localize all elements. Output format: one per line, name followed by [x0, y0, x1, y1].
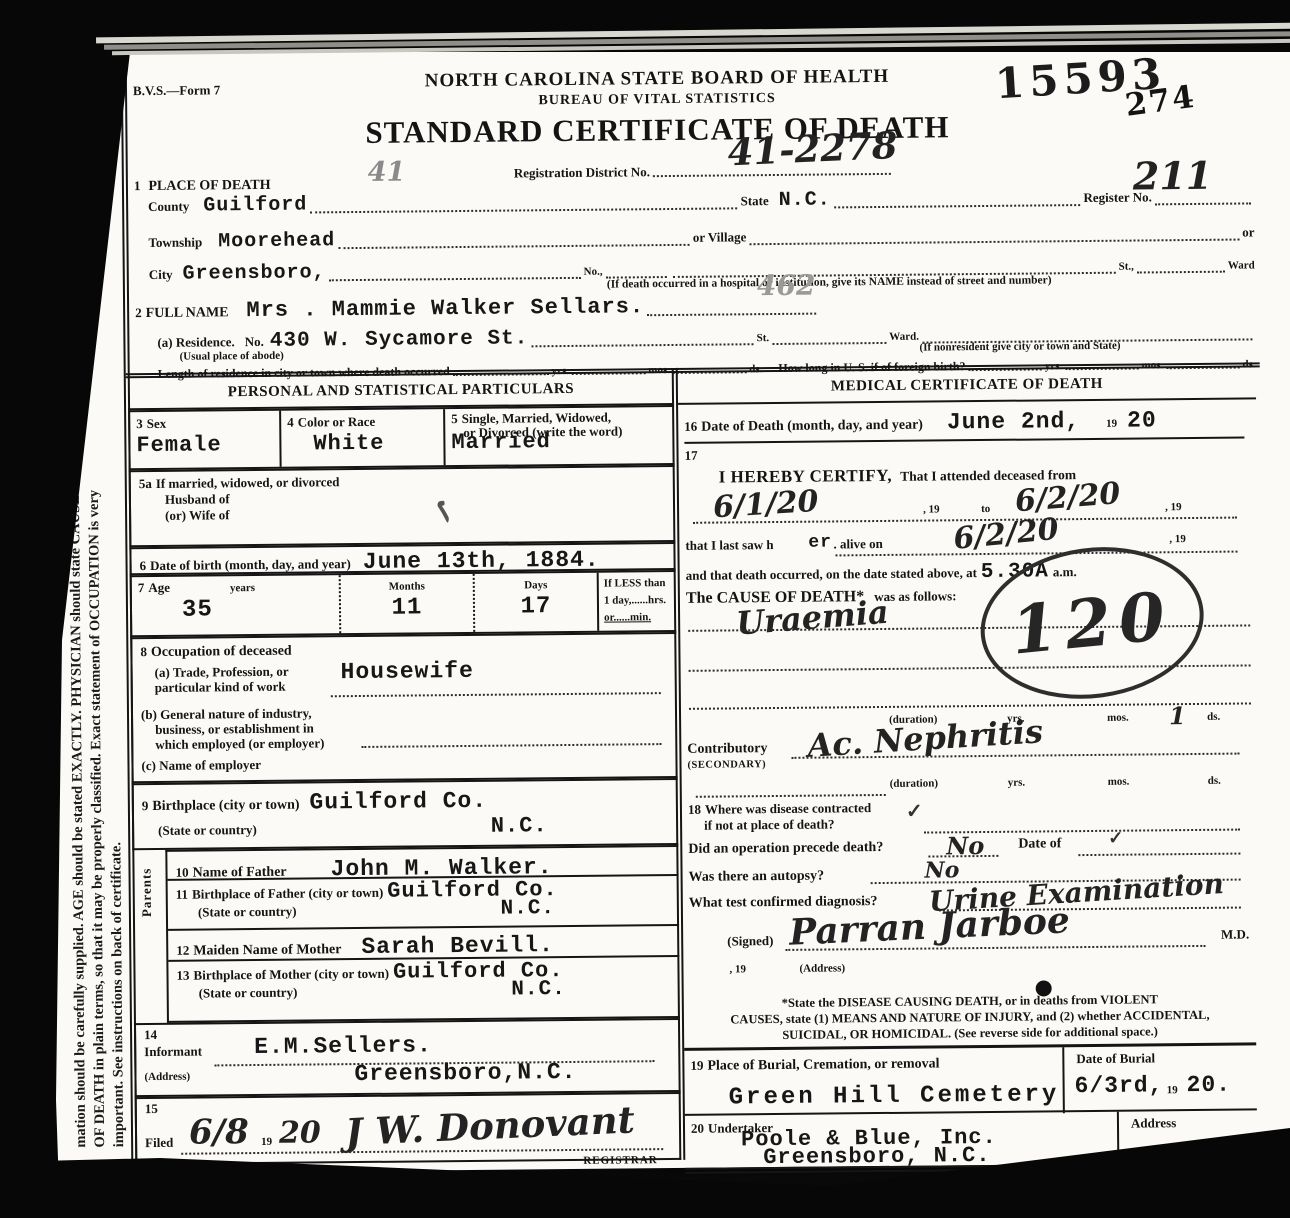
item-number: 4 — [287, 415, 294, 430]
less-label2: 1 day,......hrs. — [604, 594, 666, 607]
date-of-death-value: June 2nd, — [947, 408, 1080, 435]
item-number: 18 — [688, 802, 701, 817]
medical-column: MEDICAL CERTIFICATE OF DEATH 16 Date of … — [678, 366, 1264, 1160]
item-number: 7 — [138, 580, 145, 595]
sex-race-marital-row: 3 Sex Female 4 Color or Race White 5 Sin… — [128, 405, 675, 470]
occupation-value: Housewife — [341, 664, 474, 680]
parents-group: 10 Name of Father John M. Walker. 11 Bir… — [165, 845, 680, 1023]
county-label: County — [148, 199, 189, 215]
leader-line — [696, 794, 886, 798]
informant-box: 14 Informant E.M.Sellers. (Address) Gree… — [134, 1018, 681, 1097]
mother-birthplace-row: 13 Birthplace of Mother (city or town) G… — [168, 955, 679, 1008]
married-to-label: If married, widowed, or divorced — [156, 474, 340, 491]
burial-row: 19 Place of Burial, Cremation, or remova… — [684, 1042, 1257, 1116]
item-number: 12 — [176, 943, 189, 958]
abode-note: (Usual place of abode) — [180, 350, 284, 363]
operation-date-label: Date of — [1018, 836, 1061, 852]
mother-birthplace-label: Birthplace of Mother (city or town) — [193, 966, 389, 983]
year-19: , 19 — [923, 503, 940, 515]
autopsy-value: No — [924, 857, 959, 883]
full-name-label: FULL NAME — [146, 305, 229, 322]
township-value: Moorehead — [218, 229, 335, 253]
age-row: 7 Age years 35 Months 11 Days 17 If LESS… — [130, 570, 677, 637]
age-months-box: Months 11 — [339, 574, 474, 633]
to-label: to — [981, 503, 990, 515]
less-than-day-box: If LESS than 1 day,......hrs. or......mi… — [597, 572, 677, 631]
signed-label: (Signed) — [727, 933, 773, 949]
form-number: B.V.S.—Form 7 — [133, 82, 220, 99]
residence-st-label: St. — [757, 332, 770, 344]
full-name-value: Mrs . Mammie Walker Sellars. — [246, 294, 644, 323]
less-label: If LESS than — [604, 577, 666, 590]
father-birthplace-label: Birthplace of Father (city or town) — [192, 885, 383, 902]
occupation-label: Occupation of deceased — [151, 644, 292, 660]
state-country-label: (State or country) — [198, 904, 297, 920]
item-number: 17 — [684, 448, 697, 464]
trade-label1: (a) Trade, Profession, or — [155, 664, 289, 680]
occurred-label: and that death occurred, on the date sta… — [686, 565, 977, 583]
occupation-box: 8 Occupation of deceased (a) Trade, Prof… — [130, 632, 677, 783]
alive-on-label: . alive on — [833, 536, 883, 552]
date-of-death-row: 16 Date of Death (month, day, and year) … — [684, 406, 1244, 443]
duration-row-2: (duration) yrs. mos. ds. — [688, 774, 1248, 799]
informant-address-value: Greensboro,N.C. — [354, 1059, 576, 1087]
years-label: years — [230, 582, 255, 594]
married-to-box: 5a If married, widowed, or divorced Husb… — [129, 465, 676, 547]
cell-divider — [1062, 1047, 1065, 1113]
address-label: (Address) — [799, 962, 845, 974]
item-number: 5 — [451, 411, 458, 426]
year-19: , 19 — [1165, 501, 1182, 513]
age-years-box: 7 Age years 35 — [132, 575, 340, 635]
disease-contracted-label1: Where was disease contracted — [705, 800, 871, 817]
leader-line — [749, 237, 1239, 246]
leader-line — [531, 341, 753, 347]
street-no-label: No., — [584, 266, 603, 278]
nonresident-note: (If nonresident give city or town and St… — [919, 340, 1120, 354]
state-country-label: (State or country) — [199, 985, 298, 1001]
signed-row: (Signed) Parran Jarboe M.D. — [689, 918, 1249, 959]
footnote: *State the DISEASE CAUSING DEATH, or in … — [688, 990, 1252, 1043]
registration-row: Registration District No. — [126, 158, 1254, 185]
item-number: 3 — [136, 416, 143, 431]
cause-code-value: 120 — [1008, 576, 1177, 669]
item-number: 1 — [134, 178, 141, 193]
place-of-death-label: PLACE OF DEATH — [148, 178, 270, 194]
city-value: Greensboro, — [183, 261, 326, 285]
employer-label: (c) Name of employer — [141, 753, 669, 774]
ds-label: ds. — [1208, 775, 1221, 787]
leader-line — [647, 311, 816, 317]
birthplace-label: Birthplace (city or town) — [152, 798, 299, 814]
registration-district-label: Registration District No. — [514, 164, 650, 181]
ward-label: Ward — [1228, 259, 1255, 271]
leader-line — [1137, 269, 1225, 274]
husband-of-label: Husband of — [165, 491, 230, 507]
year-19: , 19 — [729, 963, 746, 975]
item-number: 13 — [176, 968, 189, 983]
industry-label3: which employed (or employer) — [155, 735, 324, 752]
filed-year: 20 — [279, 1115, 321, 1150]
item-number: 9 — [142, 798, 149, 813]
leader-line — [1078, 853, 1240, 857]
birthplace-box: 9 Birthplace (city or town) Guilford Co.… — [132, 778, 679, 850]
duration-label: (duration) — [890, 777, 938, 789]
burial-year: 20. — [1186, 1072, 1231, 1098]
residence-no-label: No. — [245, 334, 264, 350]
race-label: Color or Race — [298, 414, 376, 430]
age-months-value: 11 — [391, 594, 422, 621]
place-of-death-heading: 1 PLACE OF DEATH — [134, 176, 271, 195]
medical-section-title: MEDICAL CERTIFICATE OF DEATH — [678, 374, 1256, 397]
mother-name-label: Maiden Name of Mother — [193, 942, 341, 958]
leader-line — [1155, 200, 1251, 205]
ds-label: ds. — [1207, 711, 1220, 723]
age-days-value: 17 — [520, 593, 551, 620]
race-value: White — [313, 431, 384, 457]
state-label: State — [741, 193, 769, 209]
burial-place-value: Green Hill Cemetery — [729, 1081, 1060, 1111]
father-name-label: Name of Father — [192, 865, 286, 881]
date-of-death-year: 20 — [1127, 407, 1157, 433]
mother-name-value: Sarah Bevill. — [361, 932, 554, 960]
mother-birthplace-state: N.C. — [511, 978, 566, 1002]
industry-label2: business, or establishment in — [155, 720, 314, 737]
leader-line — [772, 340, 886, 345]
contributory-label: Contributory — [687, 741, 767, 758]
days-label: Days — [524, 579, 547, 591]
registration-district-value: 41-2278 — [727, 123, 899, 175]
trade-label2: particular kind of work — [155, 679, 286, 695]
birthplace-state-value: N.C. — [491, 813, 548, 839]
sex-box: 3 Sex Female — [130, 411, 280, 468]
last-saw-label: that I last saw h — [685, 537, 773, 554]
attended-to-date: 6/2/20 — [1014, 476, 1122, 519]
age-label: Age — [148, 580, 170, 595]
residence-ward-label: Ward. — [889, 331, 919, 343]
age-days-box: Days 17 — [473, 573, 598, 632]
secondary-label: (SECONDARY) — [687, 759, 766, 771]
wife-of-label: (or) Wife of — [165, 507, 230, 523]
item-number: 6 — [140, 558, 147, 573]
personal-section-title: PERSONAL AND STATISTICAL PARTICULARS — [128, 380, 674, 402]
city-label: City — [149, 267, 173, 283]
state-country-label: (State or country) — [158, 822, 257, 838]
residence-label: (a) Residence. — [157, 334, 234, 351]
year-prefix: 19 — [1167, 1084, 1178, 1096]
autopsy-label: Was there an autopsy? — [689, 869, 825, 885]
burial-label: Place of Burial, Cremation, or removal — [707, 1056, 939, 1073]
address-row: , 19 (Address) — [689, 958, 1249, 983]
md-label: M.D. — [1221, 926, 1249, 942]
date-of-burial-value: 6/3rd, — [1074, 1072, 1163, 1099]
dob-label: Date of birth (month, day, and year) — [150, 556, 351, 573]
leader-line — [310, 205, 737, 213]
informant-value: E.M.Sellers. — [254, 1032, 432, 1060]
residence-value: 430 W. Sycamore St. — [270, 327, 529, 352]
contributory-row: Contributory (SECONDARY) Ac. Nephritis — [687, 732, 1247, 775]
year-19: , 19 — [1169, 533, 1186, 545]
register-no-value: 211 — [1133, 153, 1213, 199]
operation-label: Did an operation precede death? — [688, 840, 883, 857]
page-number-stamp: 274 — [1123, 79, 1198, 124]
last-saw-row: that I last saw h er . alive on 6/2/20 ,… — [685, 522, 1245, 561]
handwritten-mark: ✓ — [906, 804, 923, 820]
leader-line — [836, 551, 1238, 557]
date-of-burial-label: Date of Burial — [1076, 1050, 1155, 1067]
informant-label: Informant — [144, 1044, 202, 1060]
mos-label: mos. — [1108, 776, 1130, 788]
sex-value: Female — [136, 432, 221, 458]
age-years-value: 35 — [182, 596, 213, 623]
race-box: 4 Color or Race White — [279, 409, 444, 467]
leader-line — [331, 692, 661, 697]
or-village-label: or Village — [693, 229, 747, 246]
full-name-row: 2 FULL NAME Mrs . Mammie Walker Sellars. — [135, 293, 819, 325]
county-code-pencil: 41 — [368, 157, 406, 188]
township-label: Township — [148, 234, 202, 251]
her-typed: er — [808, 532, 832, 552]
item-number: 10 — [175, 865, 188, 880]
disease-contracted-label2: if not at place of death? — [704, 816, 834, 832]
leader-line — [329, 275, 581, 281]
months-label: Months — [389, 580, 425, 592]
st-label: St., — [1119, 261, 1134, 273]
item-number: 11 — [176, 887, 188, 902]
handwritten-mark: ✓ — [430, 494, 453, 528]
item-number: 2 — [135, 305, 142, 321]
attended-from-date: 6/1/20 — [712, 484, 819, 525]
full-name-pencil: 462 — [757, 269, 816, 303]
state-value: N.C. — [779, 188, 831, 211]
certificate-title: STANDARD CERTIFICATE OF DEATH — [237, 108, 1077, 152]
informant-address-label: (Address) — [144, 1071, 190, 1083]
item-number: 16 — [684, 419, 697, 435]
item-number: 5a — [139, 476, 152, 491]
mos-label: mos. — [1107, 712, 1129, 724]
item-number: 19 — [690, 1058, 703, 1073]
rule — [678, 397, 1256, 405]
duration-days-value: 1 — [1169, 701, 1186, 730]
birthplace-value: Guilford Co. — [309, 788, 487, 816]
marital-box: 5 Single, Married, Widowed, or Divorced … — [443, 407, 675, 465]
item-number: 20 — [691, 1121, 704, 1136]
certificate-paper: A PERMANENT RECORD. Every item of infor-… — [37, 40, 1290, 1174]
item-number: 8 — [140, 644, 147, 659]
personal-column: PERSONAL AND STATISTICAL PARTICULARS 3 S… — [128, 372, 682, 1165]
mother-name-row: 12 Maiden Name of Mother Sarah Bevill. — [168, 924, 679, 960]
operation-row: Did an operation precede death? No Date … — [688, 834, 1248, 865]
filed-box: 15 Filed 6/8 19 20 J W. Donovant REGISTR… — [135, 1092, 682, 1165]
undertaker-address-label: Address — [1131, 1115, 1176, 1131]
certify-row: I HEREBY CERTIFY, That I attended deceas… — [719, 462, 1245, 487]
registrar-label: REGISTRAR — [583, 1154, 658, 1167]
or-label: or — [1242, 224, 1254, 240]
leader-line — [338, 242, 690, 249]
county-value: Guilford — [203, 193, 307, 217]
year-prefix: 19 — [261, 1136, 272, 1148]
date-of-death-label: Date of Death (month, day, and year) — [701, 418, 923, 436]
undertaker-city: Greensboro, N.C. — [763, 1143, 990, 1170]
sex-label: Sex — [147, 416, 167, 431]
township-row: Township Moorehead or Village or — [148, 220, 1254, 254]
county-row: County Guilford State N.C. Register No. — [148, 184, 1254, 218]
leader-line — [834, 202, 1081, 208]
year-prefix: 19 — [1106, 418, 1117, 430]
filed-label: Filed — [145, 1135, 173, 1151]
industry-label1: (b) General nature of industry, — [141, 705, 312, 722]
less-label3: or......min. — [604, 611, 651, 623]
burial-heading: 19 Place of Burial, Cremation, or remova… — [690, 1054, 939, 1074]
yrs-label: yrs. — [1008, 777, 1026, 789]
leader-line — [689, 702, 1251, 709]
father-birthplace-state: N.C. — [500, 897, 555, 921]
handwritten-mark: ✓ — [1108, 828, 1123, 849]
parents-side-label: Parents — [138, 868, 154, 918]
filed-date: 6/8 — [189, 1112, 249, 1153]
